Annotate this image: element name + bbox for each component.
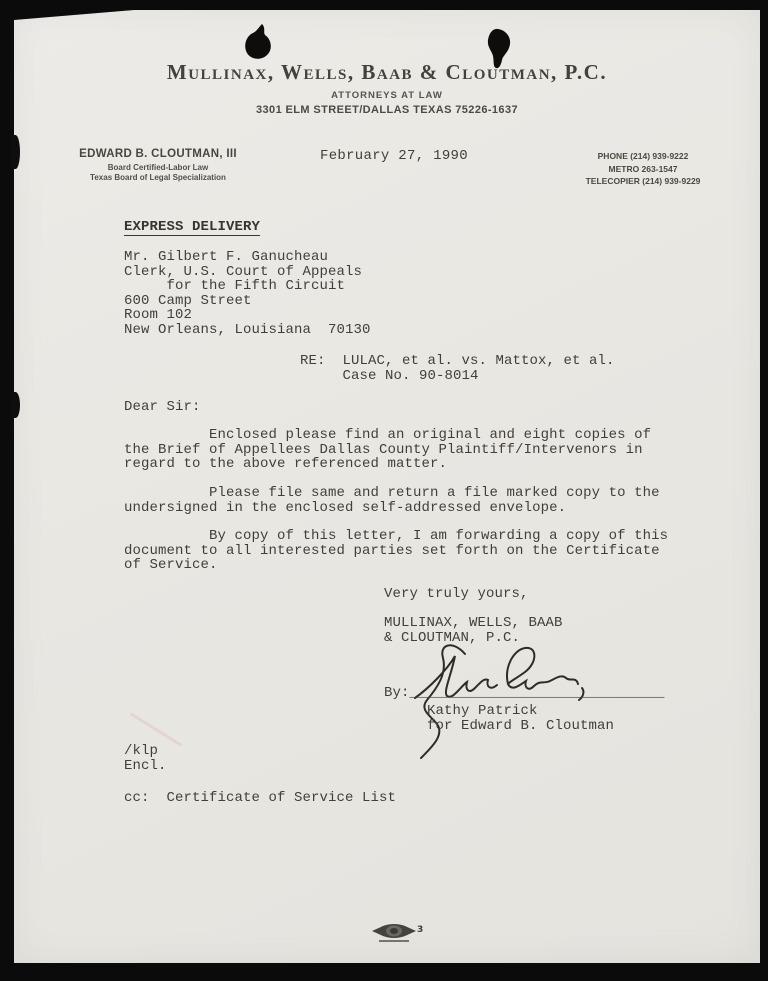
scan-edge-mark <box>11 392 20 418</box>
body-paragraph-1: Enclosed please find an original and eig… <box>124 428 651 472</box>
signer-on-behalf-of: for Edward B. Cloutman <box>427 719 614 734</box>
firm-address: 3301 ELM STREET/DALLAS TEXAS 75226-1637 <box>14 104 760 116</box>
attorney-block: EDWARD B. CLOUTMAN, III Board Certified-… <box>53 148 263 183</box>
attorney-certification: Board Certified-Labor Law Texas Board of… <box>53 163 263 183</box>
signature-kathy-patrick <box>407 636 597 766</box>
contact-block: PHONE (214) 939-9222 METRO 263-1547 TELE… <box>538 150 748 188</box>
telecopier-line: TELECOPIER (214) 939-9229 <box>538 175 748 188</box>
firm-name: Mullinax, Wells, Baab & Cloutman, P.C. <box>14 60 760 85</box>
by-signature-line: By:______________________________ <box>384 686 665 701</box>
body-paragraph-3: By copy of this letter, I am forwarding … <box>124 529 668 573</box>
letter-paper: Mullinax, Wells, Baab & Cloutman, P.C. A… <box>14 10 760 963</box>
body-paragraph-2: Please file same and return a file marke… <box>124 486 660 515</box>
closing: Very truly yours, <box>384 587 529 602</box>
pink-smudge <box>130 712 182 746</box>
ink-blob-left <box>242 22 276 62</box>
salutation: Dear Sir: <box>124 400 201 415</box>
scanned-letter-page: { "letterhead": { "firm_name": "Mullinax… <box>0 0 768 981</box>
union-bug-stamp: 3 <box>371 923 441 949</box>
cc-line: cc: Certificate of Service List <box>124 791 396 806</box>
phone-line: PHONE (214) 939-9222 <box>538 150 748 163</box>
re-subject: RE: LULAC, et al. vs. Mattox, et al. Cas… <box>300 354 615 383</box>
scan-edge-mark <box>11 135 20 169</box>
attorney-name: EDWARD B. CLOUTMAN, III <box>53 148 263 160</box>
scan-corner-shadow <box>14 10 134 20</box>
typist-enclosure-block: /klp Encl. <box>124 744 167 773</box>
delivery-method: EXPRESS DELIVERY <box>124 220 260 235</box>
metro-line: METRO 263-1547 <box>538 163 748 176</box>
cert-line-1: Board Certified-Labor Law <box>53 163 263 173</box>
cert-line-2: Texas Board of Legal Specialization <box>53 173 263 183</box>
print-mark-number: 3 <box>417 925 423 935</box>
recipient-address: Mr. Gilbert F. Ganucheau Clerk, U.S. Cou… <box>124 250 371 337</box>
firm-tagline: ATTORNEYS AT LAW <box>14 90 760 101</box>
union-bug-caption <box>379 940 409 942</box>
letter-date: February 27, 1990 <box>320 148 468 164</box>
signer-name: Kathy Patrick <box>427 704 538 719</box>
union-bug-icon <box>371 923 417 939</box>
